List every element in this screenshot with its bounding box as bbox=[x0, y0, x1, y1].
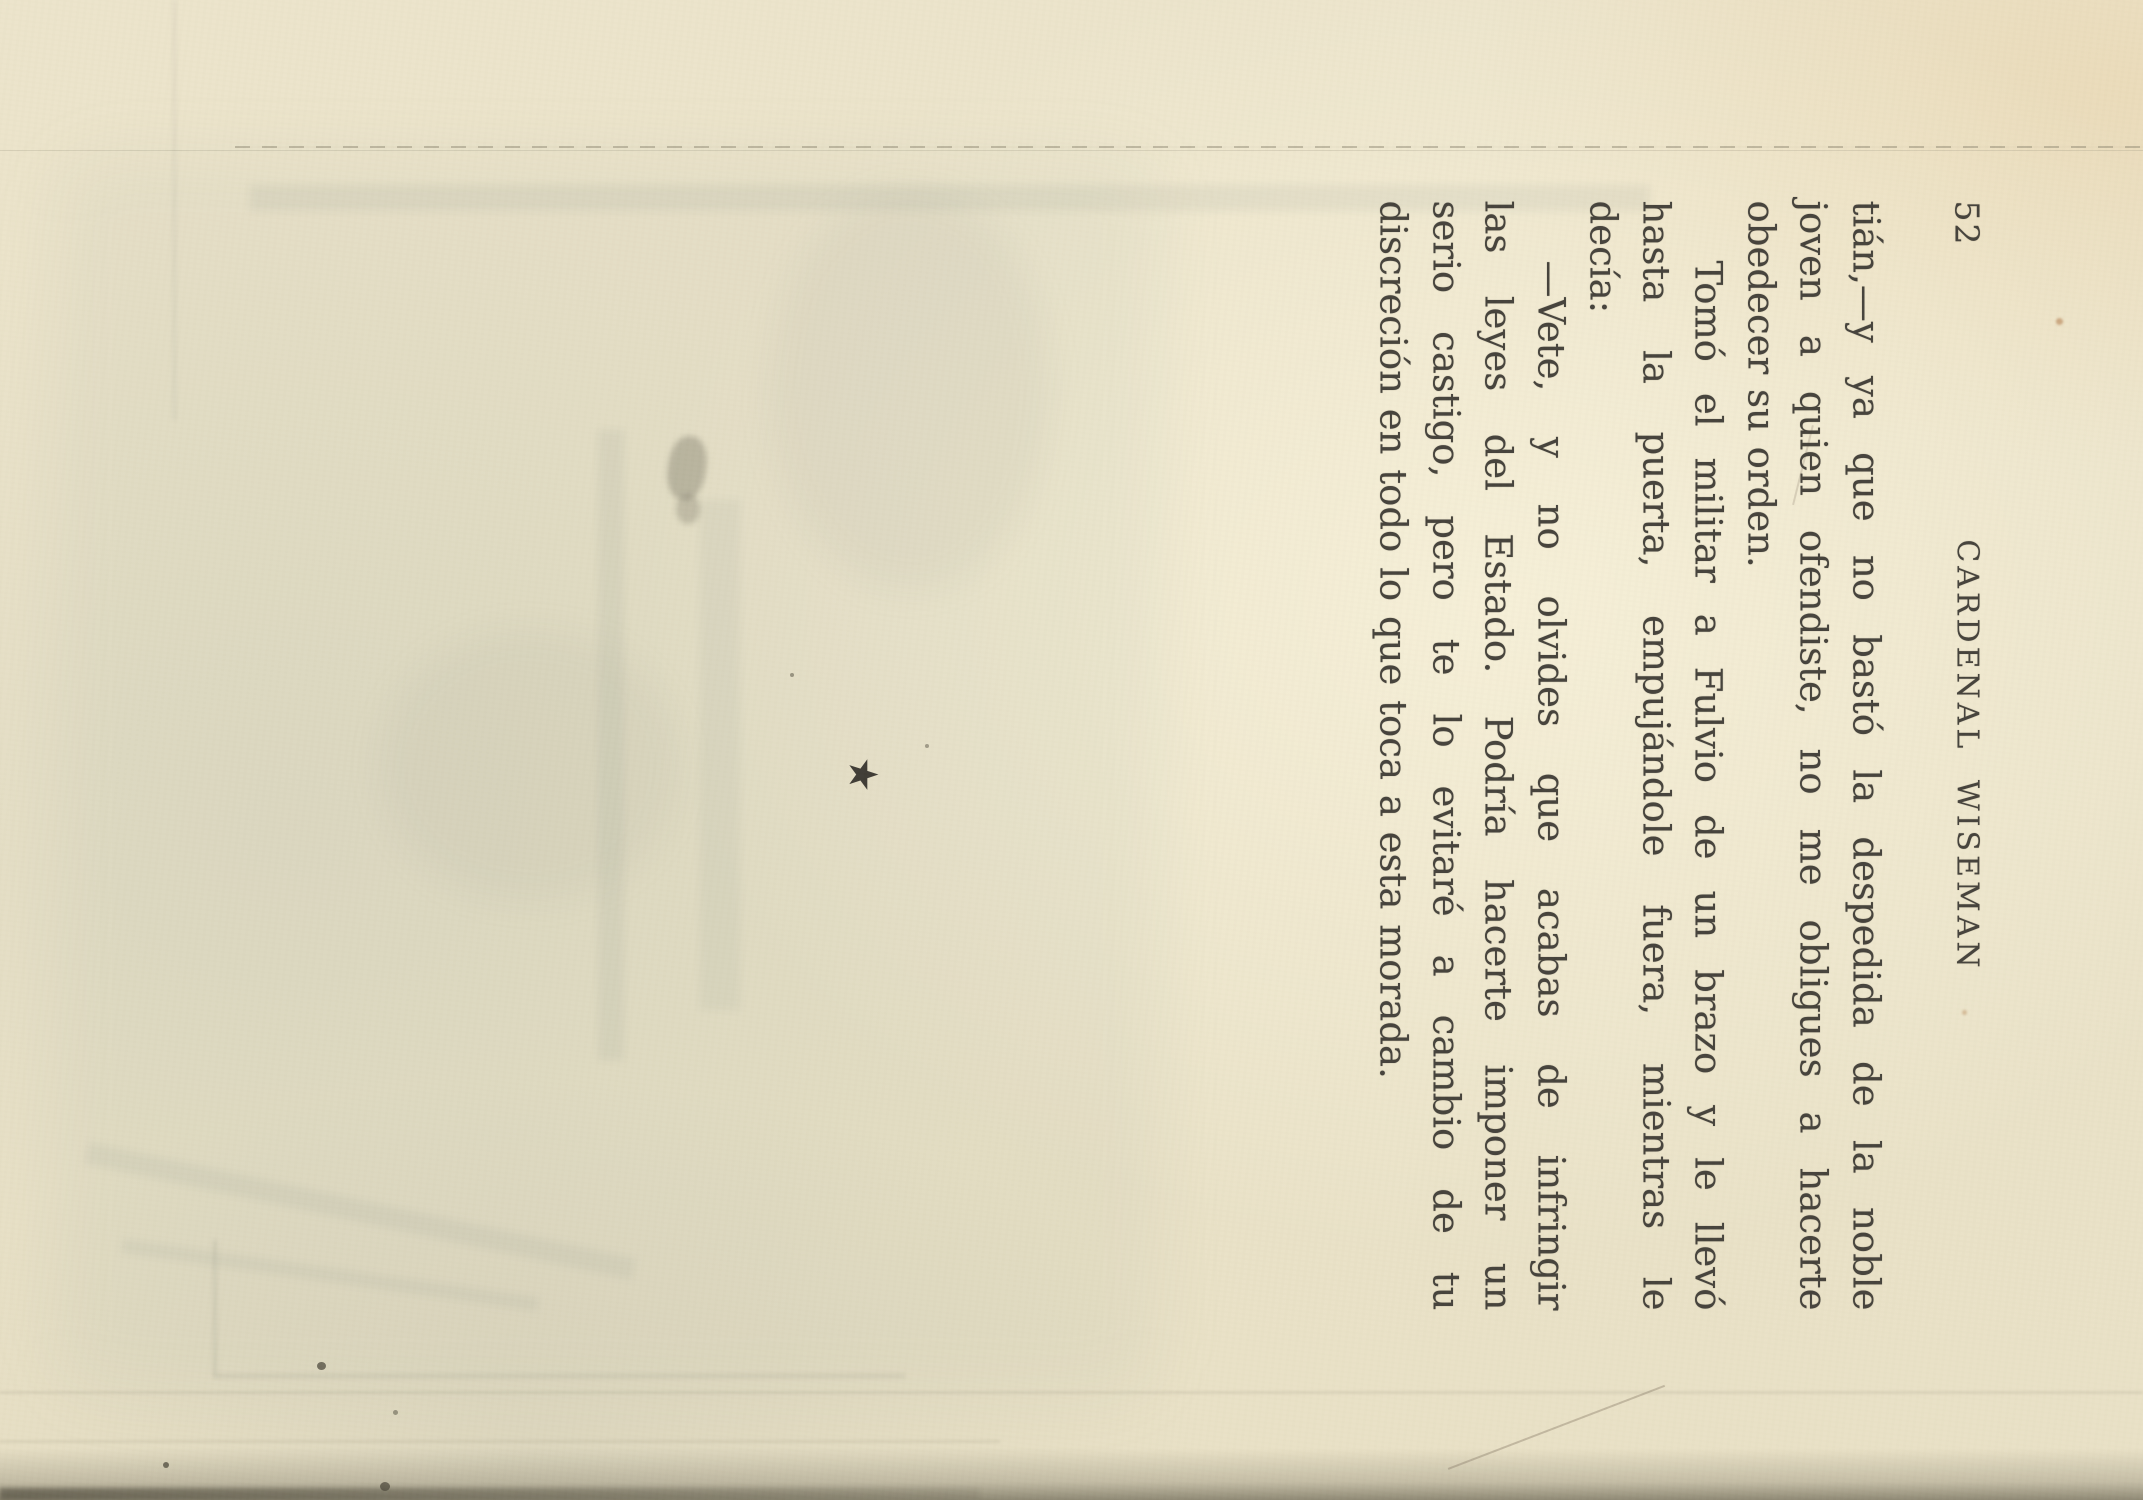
running-header: CARDENAL WISEMAN bbox=[1949, 200, 1984, 1310]
text-line: decía: bbox=[1576, 200, 1629, 1310]
book-scan: 52 CARDENAL WISEMAN tián,—y ya que no ba… bbox=[0, 0, 2143, 1500]
text-line: Tomó el militar a Fulvio de un brazo y l… bbox=[1681, 200, 1734, 1310]
text-line: —Vete, y no olvides que acabas de infrin… bbox=[1524, 200, 1577, 1310]
text-line: serio castigo, pero te lo evitaré a camb… bbox=[1419, 200, 1472, 1310]
text-line: las leyes del Estado. Podría hacerte imp… bbox=[1471, 200, 1524, 1310]
text-line: hasta la puerta, empujándole fuera, mien… bbox=[1629, 200, 1682, 1310]
text-line: discreción en todo lo que toca a esta mo… bbox=[1366, 200, 1419, 1310]
text-line: obedecer su orden. bbox=[1734, 200, 1787, 1310]
text-line: joven a quien ofendiste, no me obligues … bbox=[1786, 200, 1839, 1310]
book-page: 52 CARDENAL WISEMAN tián,—y ya que no ba… bbox=[0, 0, 2143, 1500]
section-break-star: ★ bbox=[839, 200, 885, 1310]
text-line: tián,—y ya que no bastó la despedida de … bbox=[1839, 200, 1892, 1310]
body-text: tián,—y ya que no bastó la despedida de … bbox=[1366, 200, 1891, 1310]
